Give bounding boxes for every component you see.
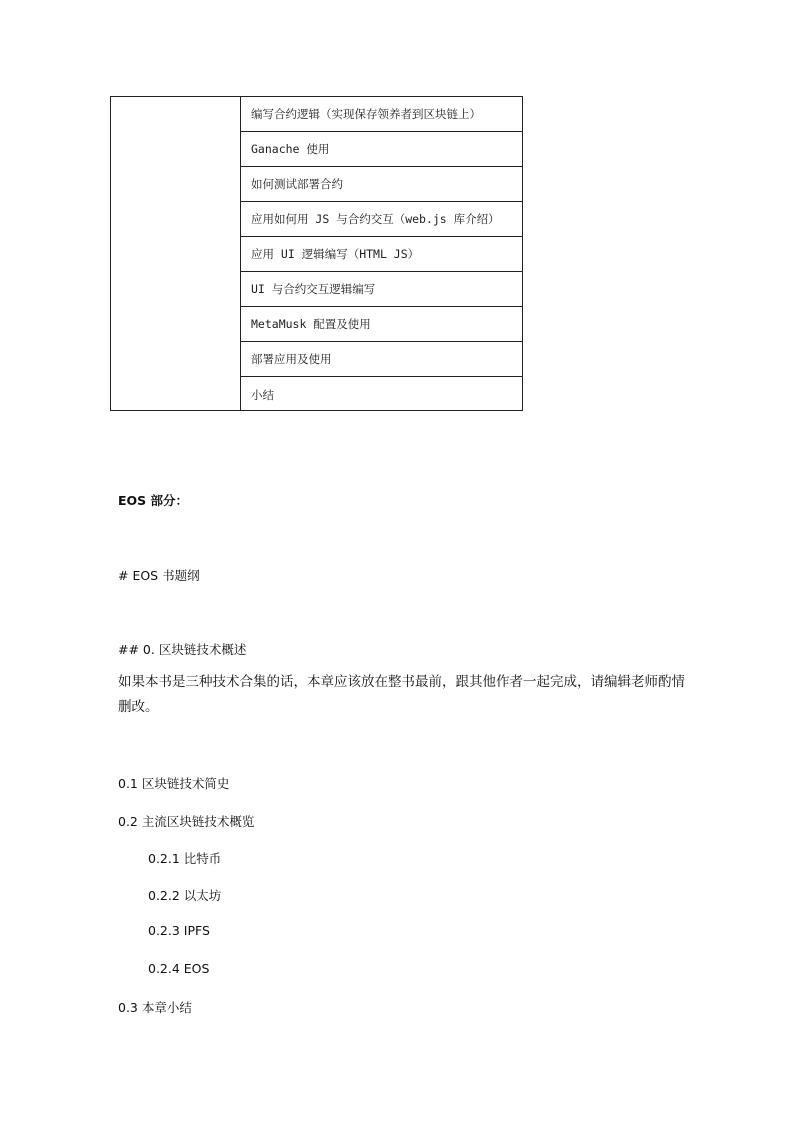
toc-subitem: 0.2.3 IPFS [148,923,210,938]
table-row: 编写合约逻辑（实现保存领养者到区块链上） [241,97,522,132]
table-row: 如何测试部署合约 [241,167,522,202]
toc-subitem: 0.2.2 以太坊 [148,886,221,904]
toc-subitem: 0.2.4 EOS [148,961,209,976]
toc-item: 0.1 区块链技术简史 [118,774,229,792]
toc-item: 0.3 本章小结 [118,998,192,1016]
table-row: 小结 [241,377,522,412]
table-row: UI 与合约交互逻辑编写 [241,272,522,307]
table-row: 应用 UI 逻辑编写（HTML JS） [241,237,522,272]
book-outline-heading: # EOS 书题纲 [118,566,200,584]
section-title: EOS 部分： [118,491,188,509]
outline-table: 编写合约逻辑（实现保存领养者到区块链上） Ganache 使用 如何测试部署合约… [110,96,523,411]
chapter-note: 如果本书是三种技术合集的话，本章应该放在整书最前，跟其他作者一起完成，请编辑老师… [118,670,688,720]
toc-item: 0.2 主流区块链技术概览 [118,812,254,830]
table-row: 部署应用及使用 [241,342,522,377]
toc-subitem: 0.2.1 比特币 [148,849,221,867]
document-page: 编写合约逻辑（实现保存领养者到区块链上） Ganache 使用 如何测试部署合约… [0,0,793,1122]
table-row: Ganache 使用 [241,132,522,167]
table-left-cell [111,97,241,410]
table-row: MetaMusk 配置及使用 [241,307,522,342]
table-row: 应用如何用 JS 与合约交互（web.js 库介绍） [241,202,522,237]
chapter-heading: ## 0. 区块链技术概述 [118,640,246,658]
table-right-column: 编写合约逻辑（实现保存领养者到区块链上） Ganache 使用 如何测试部署合约… [241,97,522,410]
